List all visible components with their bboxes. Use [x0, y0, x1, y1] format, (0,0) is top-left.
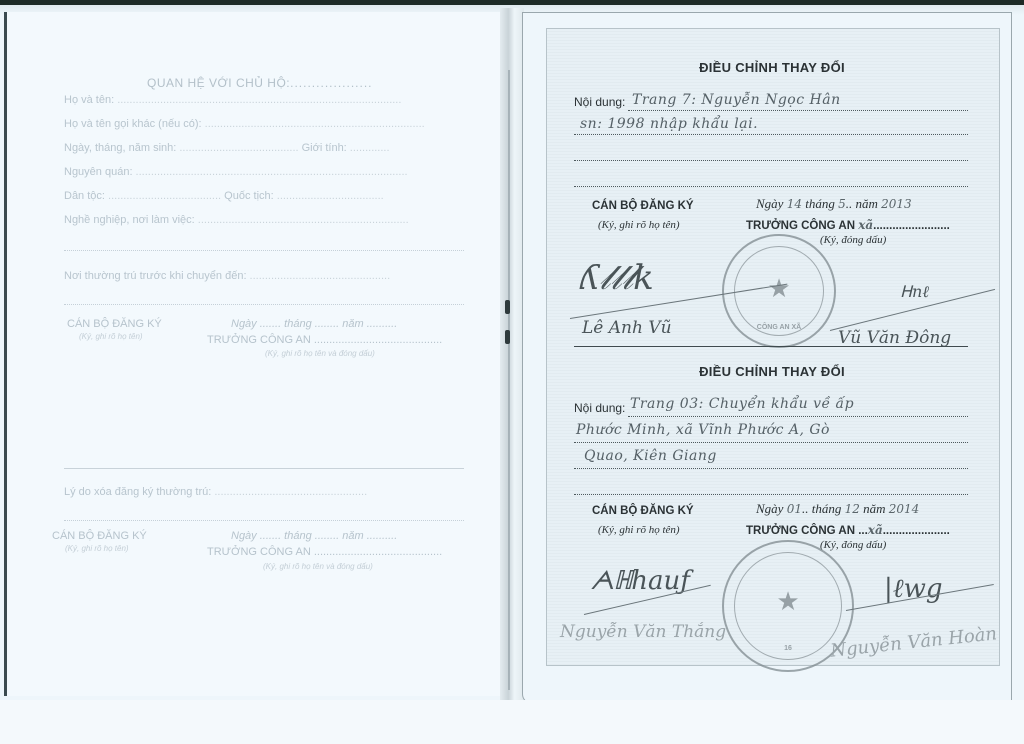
- date-line: Ngày ....... tháng ........ năm ........…: [231, 530, 397, 542]
- officer-label: CÁN BỘ ĐĂNG KÝ: [52, 530, 147, 542]
- content-label: Nội dung:: [574, 95, 625, 109]
- field-label: Dân tộc:: [64, 190, 105, 202]
- date-day: 01: [787, 502, 802, 516]
- field-removal-reason: Lý do xóa đăng ký thường trú: ..........…: [64, 486, 464, 498]
- month-prefix: tháng: [805, 196, 835, 211]
- chief-label-text: TRƯỞNG CÔNG AN: [207, 546, 311, 558]
- date-month: 12: [845, 502, 860, 516]
- section-divider: [574, 346, 968, 347]
- dotted-line: [574, 160, 968, 161]
- field-prior-residence: Nơi thường trú trước khi chuyển đến: ...…: [64, 270, 464, 282]
- date-year: 2013: [881, 197, 912, 211]
- dotted-line: [574, 442, 968, 443]
- dotted-line: [64, 304, 464, 305]
- dotted-line: [64, 250, 464, 251]
- date-day: 14: [787, 197, 802, 211]
- chief-signature-name: Vũ Văn Đông: [838, 328, 951, 348]
- date-prefix: Ngày: [756, 196, 783, 211]
- content-line-1: Trang 03: Chuyển khẩu về ấp: [630, 396, 854, 412]
- dotted-line: [574, 134, 968, 135]
- staple-mark: [505, 330, 510, 344]
- star-icon: ★: [724, 586, 852, 617]
- field-label: Ngày, tháng, năm sinh:: [64, 142, 176, 154]
- officer-note: (Ký, ghi rõ họ tên): [598, 524, 680, 536]
- officer-label: CÁN BỘ ĐĂNG KÝ: [592, 200, 694, 212]
- officer-note: (Ký, ghi rõ họ tên): [65, 544, 129, 553]
- section-1-heading: ĐIỀU CHỈNH THAY ĐỔI: [546, 60, 998, 75]
- year-prefix: năm: [863, 501, 885, 516]
- month-prefix: tháng: [812, 501, 842, 516]
- field-label: Họ và tên:: [64, 94, 114, 106]
- dotted-line: [574, 494, 968, 495]
- scanner-bed: [0, 700, 1024, 744]
- officer-note: (Ký, ghi rõ họ tên): [598, 219, 680, 231]
- chief-note: (Ký, đóng dấu): [820, 234, 886, 246]
- relationship-title: QUAN HỆ VỚI CHỦ HỘ:...................: [147, 76, 373, 90]
- stamp-number-text: 16: [784, 645, 792, 652]
- content-line-1: Trang 7: Nguyễn Ngọc Hân: [632, 92, 841, 108]
- section-2-date: Ngày 01.. tháng 12 năm 2014: [756, 501, 919, 517]
- field-label: Nguyên quán:: [64, 166, 133, 178]
- field-label: Họ và tên gọi khác (nếu có):: [64, 118, 202, 130]
- chief-label: TRƯỞNG CÔNG AN xã.......................…: [746, 218, 950, 232]
- section-1-date: Ngày 14 tháng 5.. năm 2013: [756, 196, 912, 212]
- chief-label-text: TRƯỞNG CÔNG AN: [746, 220, 855, 232]
- book-spine: [500, 8, 524, 702]
- date-month: 5: [838, 197, 846, 211]
- chief-note: (Ký, đóng dấu): [820, 539, 886, 551]
- chief-unit: xã: [858, 218, 873, 232]
- content-line-2: Phước Minh, xã Vĩnh Phước A, Gò: [576, 422, 830, 438]
- stamp-text: CÔNG AN XÃ: [724, 324, 834, 331]
- officer-note: (Ký, ghi rõ họ tên): [79, 332, 143, 341]
- content-line-2: sn: 1998 nhập khẩu lại.: [580, 116, 758, 132]
- chief-note: (Ký, ghi rõ họ tên và đóng dấu): [263, 562, 373, 571]
- chief-label: TRƯỞNG CÔNG AN .........................…: [207, 546, 442, 558]
- officer-signature-name: Lê Anh Vũ: [582, 318, 672, 338]
- dotted-line: [574, 468, 968, 469]
- separator-line: [64, 468, 464, 469]
- officer-label: CÁN BỘ ĐĂNG KÝ: [592, 505, 694, 517]
- field-alias: Họ và tên gọi khác (nếu có): ...........…: [64, 118, 464, 130]
- section-2-heading: ĐIỀU CHỈNH THAY ĐỔI: [546, 364, 998, 379]
- year-prefix: năm: [856, 196, 878, 211]
- field-label: Nơi thường trú trước khi chuyển đến:: [64, 270, 247, 282]
- chief-signature: |ℓwg: [884, 574, 943, 604]
- dotted-line: [628, 110, 968, 111]
- field-birth-date: Ngày, tháng, năm sinh: .................…: [64, 142, 464, 154]
- chief-signature: ᕼnℓ: [900, 282, 929, 302]
- chief-label-text: TRƯỞNG CÔNG AN: [207, 334, 311, 346]
- spine-crease: [508, 70, 510, 690]
- date-prefix: Ngày: [756, 501, 783, 516]
- field-full-name: Họ và tên: .............................…: [64, 94, 464, 106]
- officer-signature-name: Nguyễn Văn Thắng: [560, 622, 726, 642]
- content-line-3: Quao, Kiên Giang: [584, 448, 717, 464]
- officer-label: CÁN BỘ ĐĂNG KÝ: [67, 318, 162, 330]
- chief-label: TRƯỞNG CÔNG AN .........................…: [207, 334, 442, 346]
- field-occupation: Nghề nghiệp, nơi làm việc: .............…: [64, 214, 464, 226]
- relationship-title-text: QUAN HỆ VỚI CHỦ HỘ:: [147, 76, 290, 90]
- star-icon: ★: [724, 273, 834, 304]
- field-label-nationality: Quốc tịch:: [224, 190, 274, 202]
- field-label: Lý do xóa đăng ký thường trú:: [64, 486, 211, 498]
- chief-label-text: TRƯỞNG CÔNG AN: [746, 525, 855, 537]
- field-label-gender: Giới tính:: [302, 142, 347, 154]
- dotted-line: [574, 186, 968, 187]
- field-label: Nghề nghiệp, nơi làm việc:: [64, 214, 195, 226]
- field-origin: Nguyên quán: ...........................…: [64, 166, 464, 178]
- chief-unit: xã: [868, 523, 883, 537]
- dotted-line: [64, 520, 464, 521]
- officer-signature: ʎ𝓁𝓁𝓁k: [580, 258, 654, 298]
- date-year: 2014: [889, 502, 920, 516]
- left-page: QUAN HỆ VỚI CHỦ HỘ:................... H…: [4, 12, 501, 696]
- dotted-line: [628, 416, 968, 417]
- chief-note: (Ký, ghi rõ họ tên và đóng dấu): [265, 349, 375, 358]
- field-ethnicity: Dân tộc: ...............................…: [64, 190, 464, 202]
- date-line: Ngày ....... tháng ........ năm ........…: [231, 318, 397, 330]
- chief-label: TRƯỞNG CÔNG AN ...xã....................…: [746, 523, 950, 537]
- content-label: Nội dung:: [574, 401, 625, 415]
- staple-mark: [505, 300, 510, 314]
